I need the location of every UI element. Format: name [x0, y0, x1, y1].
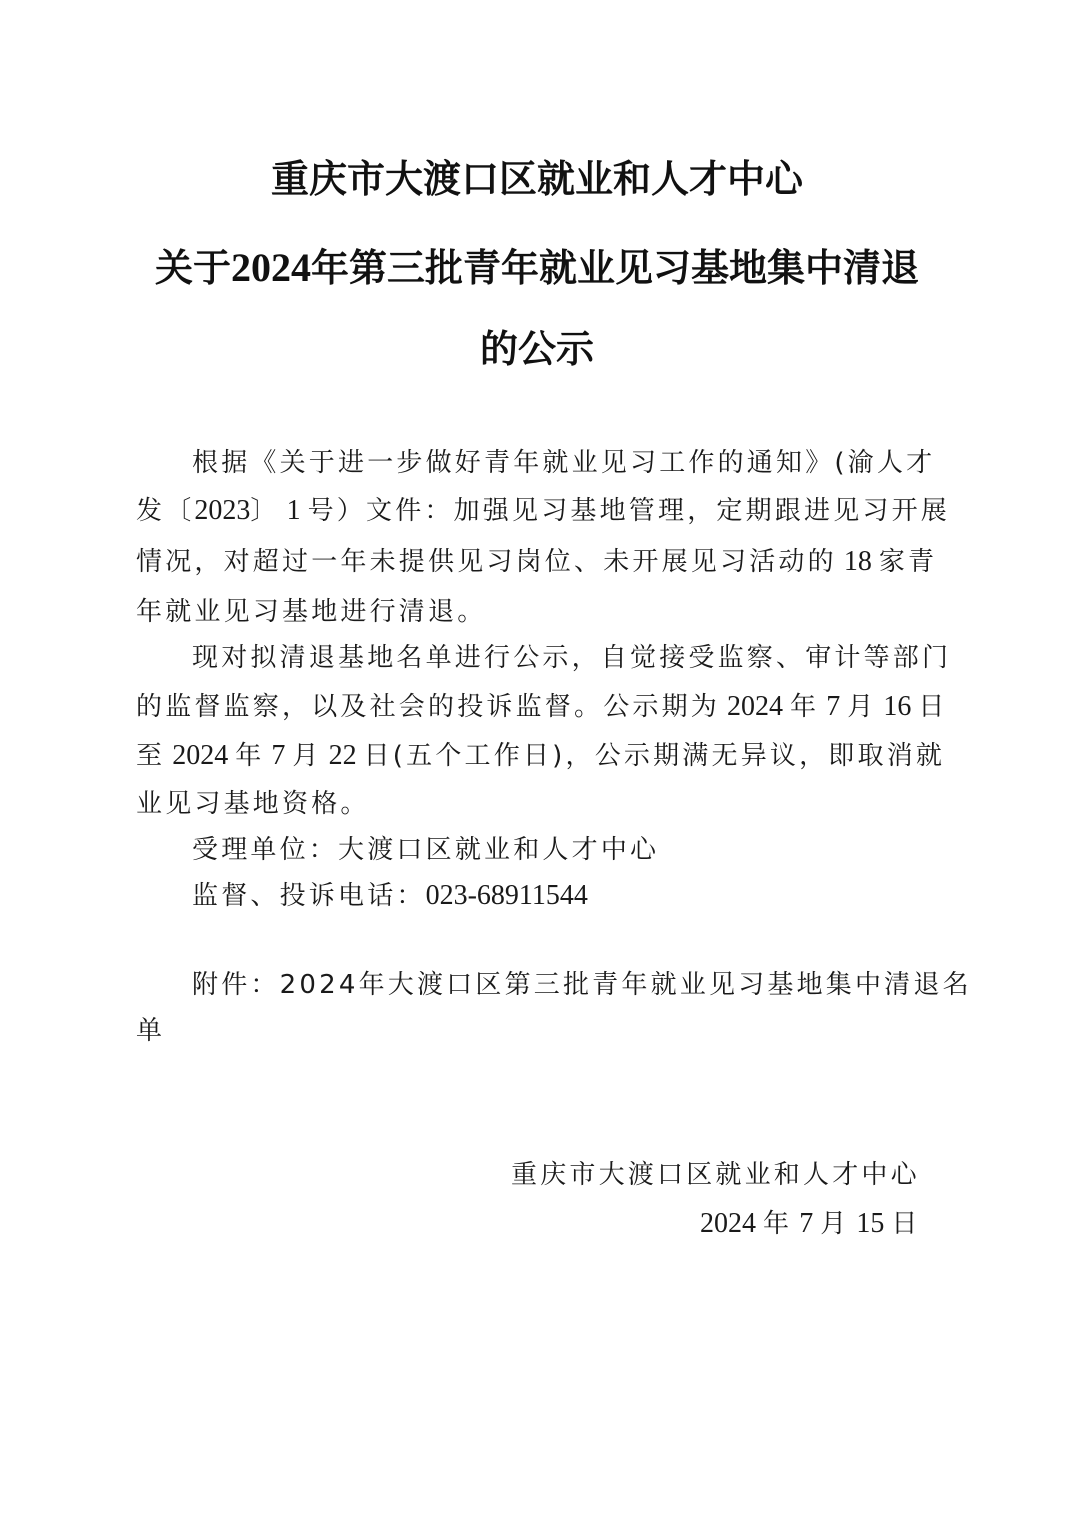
start-day: 16 — [876, 691, 918, 722]
text: 年 — [790, 692, 819, 722]
title-line-3: 的公示 — [0, 318, 1074, 373]
text: 发〔 — [136, 496, 194, 526]
text: 情况，对超过一年未提供见习岗位、未开展见习活动的 — [136, 547, 837, 577]
date-year: 2024 — [700, 1208, 763, 1239]
end-year: 2024 — [165, 740, 235, 771]
paragraph-2-line-1: 现对拟清退基地名单进行公示，自觉接受监察、审计等部门 — [192, 641, 942, 675]
attachment-line-2: 单 — [136, 1014, 942, 1048]
text: 根据《关于进一步做好青年就业见习工作的通知》(渝人才 — [192, 448, 935, 478]
document-page: 重庆市大渡口区就业和人才中心 关于2024年第三批青年就业见习基地集中清退 的公… — [0, 0, 1074, 1520]
signature-org-name: 重庆市大渡口区就业和人才中心 — [511, 1160, 920, 1190]
text: 业见习基地资格。 — [136, 789, 370, 819]
date-month: 7 — [792, 1208, 820, 1239]
handling-unit-value: 大渡口区就业和人才中心 — [338, 835, 659, 865]
title-ending: 的公示 — [480, 326, 594, 371]
signature-organization: 重庆市大渡口区就业和人才中心 — [511, 1158, 920, 1192]
title-year: 2024 — [231, 245, 311, 290]
handling-unit-label: 受理单位： — [192, 835, 338, 865]
paragraph-2-line-2: 的监督监察，以及社会的投诉监督。公示期为 2024 年 7 月 16 日 — [136, 690, 942, 724]
complaint-phone-label: 监督、投诉电话： — [192, 881, 426, 911]
text: 现对拟清退基地名单进行公示，自觉接受监察、审计等部门 — [192, 643, 951, 673]
text: 日(五个工作日)，公示期满无异议，即取消就 — [364, 741, 946, 771]
paragraph-1-line-1: 根据《关于进一步做好青年就业见习工作的通知》(渝人才 — [192, 446, 942, 480]
title-subject: 年第三批青年就业见习基地集中清退 — [311, 245, 919, 290]
end-month: 7 — [264, 740, 292, 771]
text: 〕 — [250, 496, 279, 526]
attachment-title: 年大渡口区第三批青年就业见习基地集中清退名 — [359, 970, 972, 1000]
text: 月 — [847, 692, 876, 722]
text: 的监督监察，以及社会的投诉监督。公示期为 — [136, 692, 720, 722]
title-organization: 重庆市大渡口区就业和人才中心 — [271, 156, 803, 201]
text: 月 — [292, 741, 321, 771]
text: 家青 — [879, 547, 937, 577]
start-year: 2024 — [720, 691, 790, 722]
attachment-year: 2024 — [280, 970, 359, 1000]
attachment-line-1: 附件：2024年大渡口区第三批青年就业见习基地集中清退名 — [192, 968, 942, 1002]
complaint-phone-number: 023-68911544 — [426, 880, 588, 911]
text: 年就业见习基地进行清退。 — [136, 597, 486, 627]
end-day: 22 — [322, 740, 364, 771]
title-prefix: 关于 — [155, 245, 231, 290]
start-month: 7 — [819, 691, 847, 722]
text: 年 — [763, 1209, 792, 1239]
date-day: 15 — [849, 1208, 891, 1239]
base-count: 18 — [837, 546, 879, 577]
complaint-phone: 监督、投诉电话：023-68911544 — [192, 879, 942, 913]
text: 年 — [235, 741, 264, 771]
text: 号）文件：加强见习基地管理，定期跟进见习开展 — [308, 496, 950, 526]
doc-number-year: 2023 — [194, 495, 250, 526]
paragraph-1-line-4: 年就业见习基地进行清退。 — [136, 595, 942, 629]
handling-unit: 受理单位：大渡口区就业和人才中心 — [192, 833, 942, 867]
paragraph-2-line-3: 至 2024 年 7 月 22 日(五个工作日)，公示期满无异议，即取消就 — [136, 739, 942, 773]
text: 月 — [820, 1209, 849, 1239]
attachment-title-end: 单 — [136, 1016, 165, 1046]
title-line-1: 重庆市大渡口区就业和人才中心 — [0, 148, 1074, 203]
signature-date: 2024 年 7 月 15 日 — [700, 1207, 921, 1241]
attachment-label: 附件： — [192, 970, 280, 1000]
title-line-2: 关于2024年第三批青年就业见习基地集中清退 — [0, 237, 1074, 292]
doc-number: 1 — [280, 495, 308, 526]
paragraph-2-line-4: 业见习基地资格。 — [136, 787, 942, 821]
text: 日 — [918, 692, 947, 722]
paragraph-1-line-2: 发〔2023〕 1 号）文件：加强见习基地管理，定期跟进见习开展 — [136, 494, 942, 528]
text: 日 — [891, 1209, 920, 1239]
text: 至 — [136, 741, 165, 771]
paragraph-1-line-3: 情况，对超过一年未提供见习岗位、未开展见习活动的 18 家青 — [136, 545, 942, 579]
